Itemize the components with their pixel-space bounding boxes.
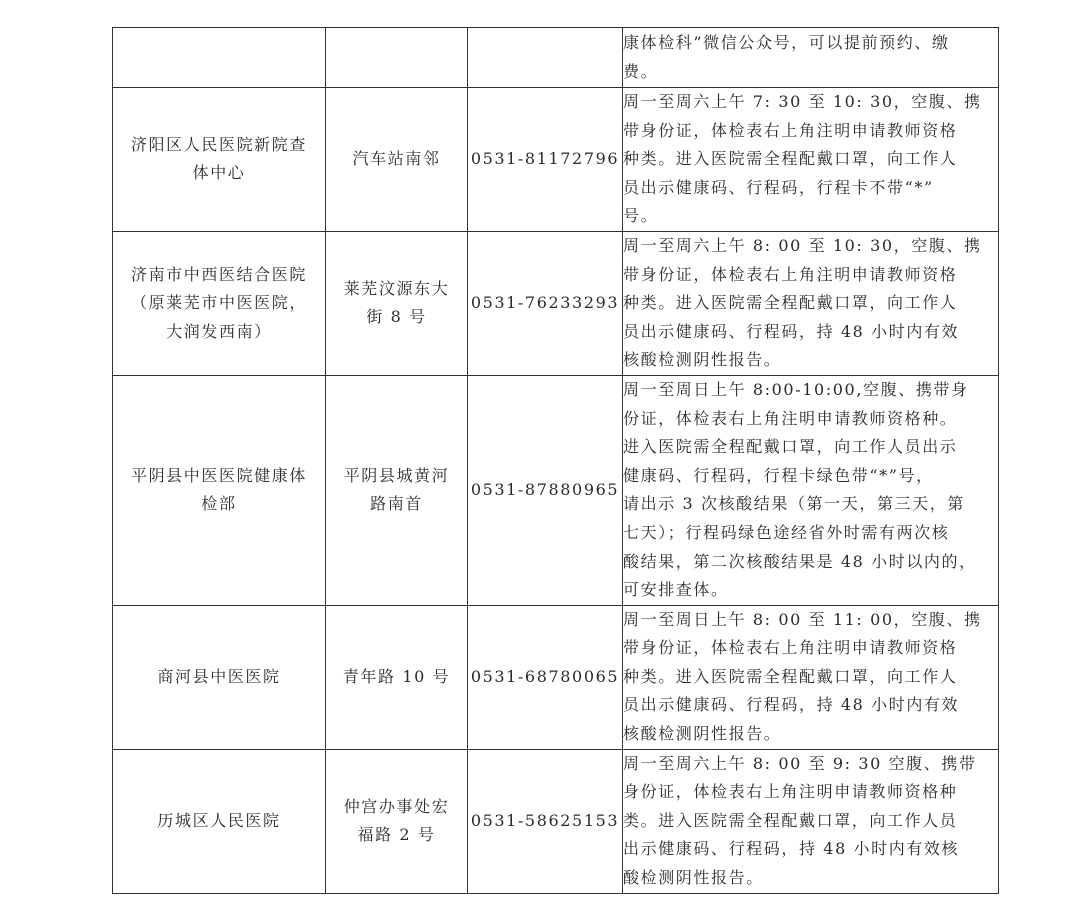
notes-line: 种类。进入医院需全程配戴口罩，向工作人: [623, 289, 998, 318]
notes-line: 员出示健康码、行程码，行程卡不带“*”: [623, 174, 998, 203]
notes-line: 进入医院需全程配戴口罩，向工作人员出示: [623, 433, 998, 462]
address-line: 平阴县城黄河: [326, 462, 467, 491]
notes-line: 出示健康码、行程码，持 48 小时内有效核: [623, 835, 998, 864]
hospital-name-cell: 历城区人民医院: [113, 749, 326, 893]
notes-cell: 周一至周六上午 8: 00 至 9: 30 空腹、携带 身份证，体检表右上角注明…: [623, 749, 999, 893]
notes-line: 健康码、行程码，行程卡绿色带“*”号，: [623, 462, 998, 491]
phone-cell: 0531-58625153: [468, 749, 623, 893]
address-line: 汽车站南邻: [326, 145, 467, 174]
table-row: 济南市中西医结合医院 （原莱芜市中医医院， 大润发西南） 莱芜汶源东大 街 8 …: [113, 231, 999, 375]
hospital-name-cell: 平阴县中医医院健康体 检部: [113, 375, 326, 605]
phone-cell: 0531-68780065: [468, 605, 623, 749]
address-line: 仲宫办事处宏: [326, 793, 467, 822]
notes-line: 可安排查体。: [623, 576, 998, 605]
document-page: 康体检科”微信公众号，可以提前预约、缴 费。 济阳区人民医院新院查 体中心 汽车…: [112, 27, 998, 894]
notes-line: 份证，体检表右上角注明申请教师资格种。: [623, 405, 998, 434]
hospital-name-line: 历城区人民医院: [113, 807, 325, 836]
notes-line: 员出示健康码、行程码，持 48 小时内有效: [623, 691, 998, 720]
notes-line: 周一至周六上午 8: 00 至 9: 30 空腹、携带: [623, 750, 998, 779]
hospital-name-line: （原莱芜市中医医院，: [113, 289, 325, 318]
notes-line: 周一至周六上午 7: 30 至 10: 30，空腹、携: [623, 88, 998, 117]
address-cell: 汽车站南邻: [326, 88, 468, 232]
notes-cell: 周一至周六上午 7: 30 至 10: 30，空腹、携 带身份证，体检表右上角注…: [623, 88, 999, 232]
notes-line: 带身份证，体检表右上角注明申请教师资格: [623, 634, 998, 663]
hospital-name-cell: 济阳区人民医院新院查 体中心: [113, 88, 326, 232]
notes-line: 带身份证，体检表右上角注明申请教师资格: [623, 261, 998, 290]
notes-cell: 周一至周日上午 8:00-10:00,空腹、携带身 份证，体检表右上角注明申请教…: [623, 375, 999, 605]
phone-cell: 0531-76233293: [468, 231, 623, 375]
hospital-name-line: 济阳区人民医院新院查: [113, 131, 325, 160]
notes-line: 类。进入医院需全程配戴口罩，向工作人员: [623, 807, 998, 836]
table-row: 平阴县中医医院健康体 检部 平阴县城黄河 路南首 0531-87880965 周…: [113, 375, 999, 605]
notes-line: 核酸检测阴性报告。: [623, 720, 998, 749]
address-cell: 仲宫办事处宏 福路 2 号: [326, 749, 468, 893]
address-cell: 平阴县城黄河 路南首: [326, 375, 468, 605]
notes-line: 周一至周日上午 8:00-10:00,空腹、携带身: [623, 376, 998, 405]
address-cell: 青年路 10 号: [326, 605, 468, 749]
notes-cell: 康体检科”微信公众号，可以提前预约、缴 费。: [623, 28, 999, 88]
hospital-name-line: 大润发西南）: [113, 318, 325, 347]
address-cell: 莱芜汶源东大 街 8 号: [326, 231, 468, 375]
notes-line: 酸检测阴性报告。: [623, 864, 998, 893]
notes-line: 康体检科”微信公众号，可以提前预约、缴: [623, 29, 998, 58]
address-line: 福路 2 号: [326, 821, 467, 850]
phone-cell: [468, 28, 623, 88]
address-cell: [326, 28, 468, 88]
address-line: 路南首: [326, 490, 467, 519]
notes-line: 种类。进入医院需全程配戴口罩，向工作人: [623, 145, 998, 174]
notes-line: 周一至周六上午 8: 00 至 10: 30，空腹、携: [623, 232, 998, 261]
address-line: 街 8 号: [326, 303, 467, 332]
notes-line: 员出示健康码、行程码，持 48 小时内有效: [623, 318, 998, 347]
notes-line: 带身份证，体检表右上角注明申请教师资格: [623, 117, 998, 146]
notes-line: 核酸检测阴性报告。: [623, 346, 998, 375]
hospital-name-line: 检部: [113, 490, 325, 519]
notes-line: 请出示 3 次核酸结果（第一天，第三天，第: [623, 490, 998, 519]
table-row: 商河县中医医院 青年路 10 号 0531-68780065 周一至周日上午 8…: [113, 605, 999, 749]
address-line: 莱芜汶源东大: [326, 275, 467, 304]
hospital-table: 康体检科”微信公众号，可以提前预约、缴 费。 济阳区人民医院新院查 体中心 汽车…: [112, 27, 999, 894]
hospital-name-cell: 商河县中医医院: [113, 605, 326, 749]
phone-cell: 0531-87880965: [468, 375, 623, 605]
phone-cell: 0531-81172796: [468, 88, 623, 232]
table-row: 历城区人民医院 仲宫办事处宏 福路 2 号 0531-58625153 周一至周…: [113, 749, 999, 893]
table-row: 济阳区人民医院新院查 体中心 汽车站南邻 0531-81172796 周一至周六…: [113, 88, 999, 232]
notes-line: 酸结果，第二次核酸结果是 48 小时以内的，: [623, 548, 998, 577]
notes-line: 七天）；行程码绿色途经省外时需有两次核: [623, 519, 998, 548]
hospital-name-line: 济南市中西医结合医院: [113, 261, 325, 290]
hospital-name-cell: [113, 28, 326, 88]
hospital-name-line: 商河县中医医院: [113, 663, 325, 692]
hospital-name-line: 体中心: [113, 159, 325, 188]
notes-line: 种类。进入医院需全程配戴口罩，向工作人: [623, 663, 998, 692]
address-line: 青年路 10 号: [326, 663, 467, 692]
notes-cell: 周一至周日上午 8: 00 至 11: 00，空腹、携 带身份证，体检表右上角注…: [623, 605, 999, 749]
notes-line: 费。: [623, 58, 998, 87]
hospital-name-line: 平阴县中医医院健康体: [113, 462, 325, 491]
notes-cell: 周一至周六上午 8: 00 至 10: 30，空腹、携 带身份证，体检表右上角注…: [623, 231, 999, 375]
table-row: 康体检科”微信公众号，可以提前预约、缴 费。: [113, 28, 999, 88]
notes-line: 身份证，体检表右上角注明申请教师资格种: [623, 778, 998, 807]
hospital-name-cell: 济南市中西医结合医院 （原莱芜市中医医院， 大润发西南）: [113, 231, 326, 375]
notes-line: 号。: [623, 202, 998, 231]
notes-line: 周一至周日上午 8: 00 至 11: 00，空腹、携: [623, 606, 998, 635]
